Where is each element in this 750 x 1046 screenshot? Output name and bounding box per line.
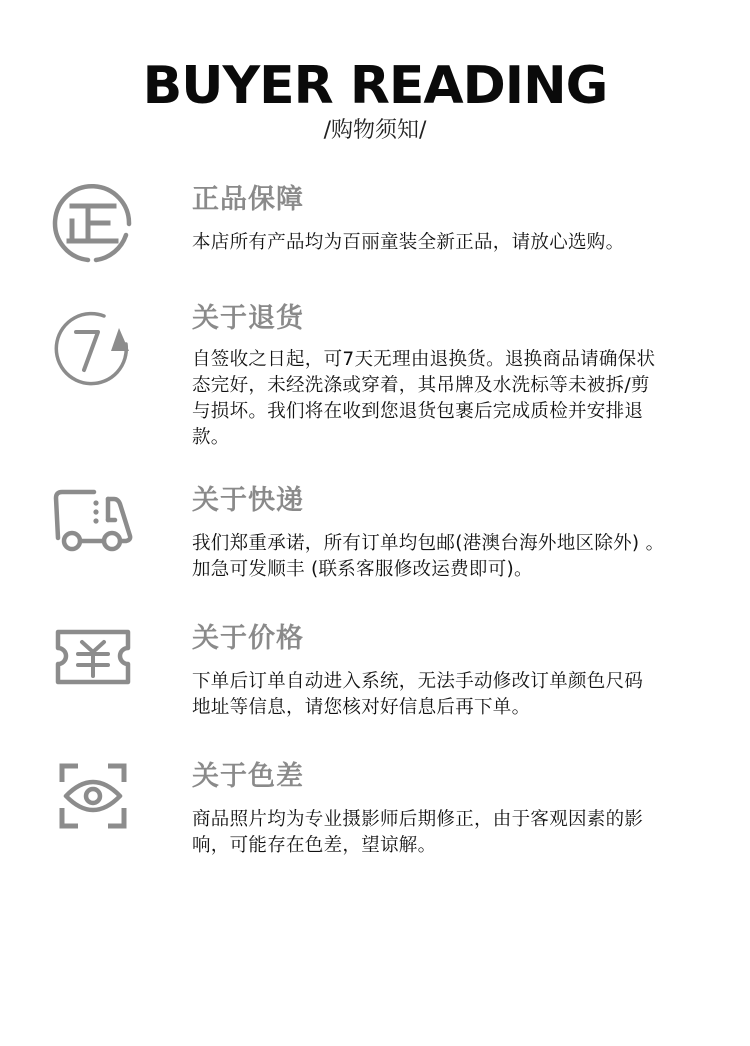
body-line: 我们郑重承诺，所有订单均包邮(港澳台海外地区除外) 。: [192, 531, 704, 557]
section-heading: 关于色差: [192, 760, 304, 794]
body-line: 与损坏。我们将在收到您退货包裹后完成质检并安排退: [192, 399, 704, 425]
body-line: 加急可发顺丰 (联系客服修改运费即可)。: [192, 557, 704, 583]
eye-scan-icon: [52, 762, 134, 830]
body-line: 本店所有产品均为百丽童装全新正品，请放心选购。: [192, 230, 704, 256]
section-heading: 关于价格: [192, 622, 304, 656]
seven-day-return-icon: [52, 308, 134, 390]
body-line: 地址等信息，请您核对好信息后再下单。: [192, 695, 704, 721]
hero-subtitle: /购物须知/: [0, 116, 750, 146]
section-heading: 关于退货: [192, 302, 304, 336]
body-line: 下单后订单自动进入系统，无法手动修改订单颜色尺码: [192, 669, 704, 695]
yuan-ticket-icon: [52, 628, 134, 688]
body-line: 响，可能存在色差，望谅解。: [192, 833, 704, 859]
section-body: 商品照片均为专业摄影师后期修正，由于客观因素的影 响，可能存在色差，望谅解。: [192, 807, 704, 859]
delivery-truck-icon: [52, 486, 134, 556]
section-heading: 正品保障: [192, 183, 304, 217]
body-line: 款。: [192, 425, 704, 451]
section-body: 自签收之日起，可7天无理由退换货。退换商品请确保状 态完好，未经洗涤或穿着，其吊…: [192, 347, 704, 451]
body-line: 商品照片均为专业摄影师后期修正，由于客观因素的影: [192, 807, 704, 833]
section-body: 我们郑重承诺，所有订单均包邮(港澳台海外地区除外) 。 加急可发顺丰 (联系客服…: [192, 531, 704, 583]
authentic-zheng-circle-icon: [52, 183, 134, 265]
hero-title: BUYER READING: [0, 56, 750, 116]
section-body: 下单后订单自动进入系统，无法手动修改订单颜色尺码 地址等信息，请您核对好信息后再…: [192, 669, 704, 721]
body-line: 自签收之日起，可7天无理由退换货。退换商品请确保状: [192, 347, 704, 373]
section-body: 本店所有产品均为百丽童装全新正品，请放心选购。: [192, 230, 704, 256]
body-line: 态完好，未经洗涤或穿着，其吊牌及水洗标等未被拆/剪: [192, 373, 704, 399]
section-heading: 关于快递: [192, 484, 304, 518]
